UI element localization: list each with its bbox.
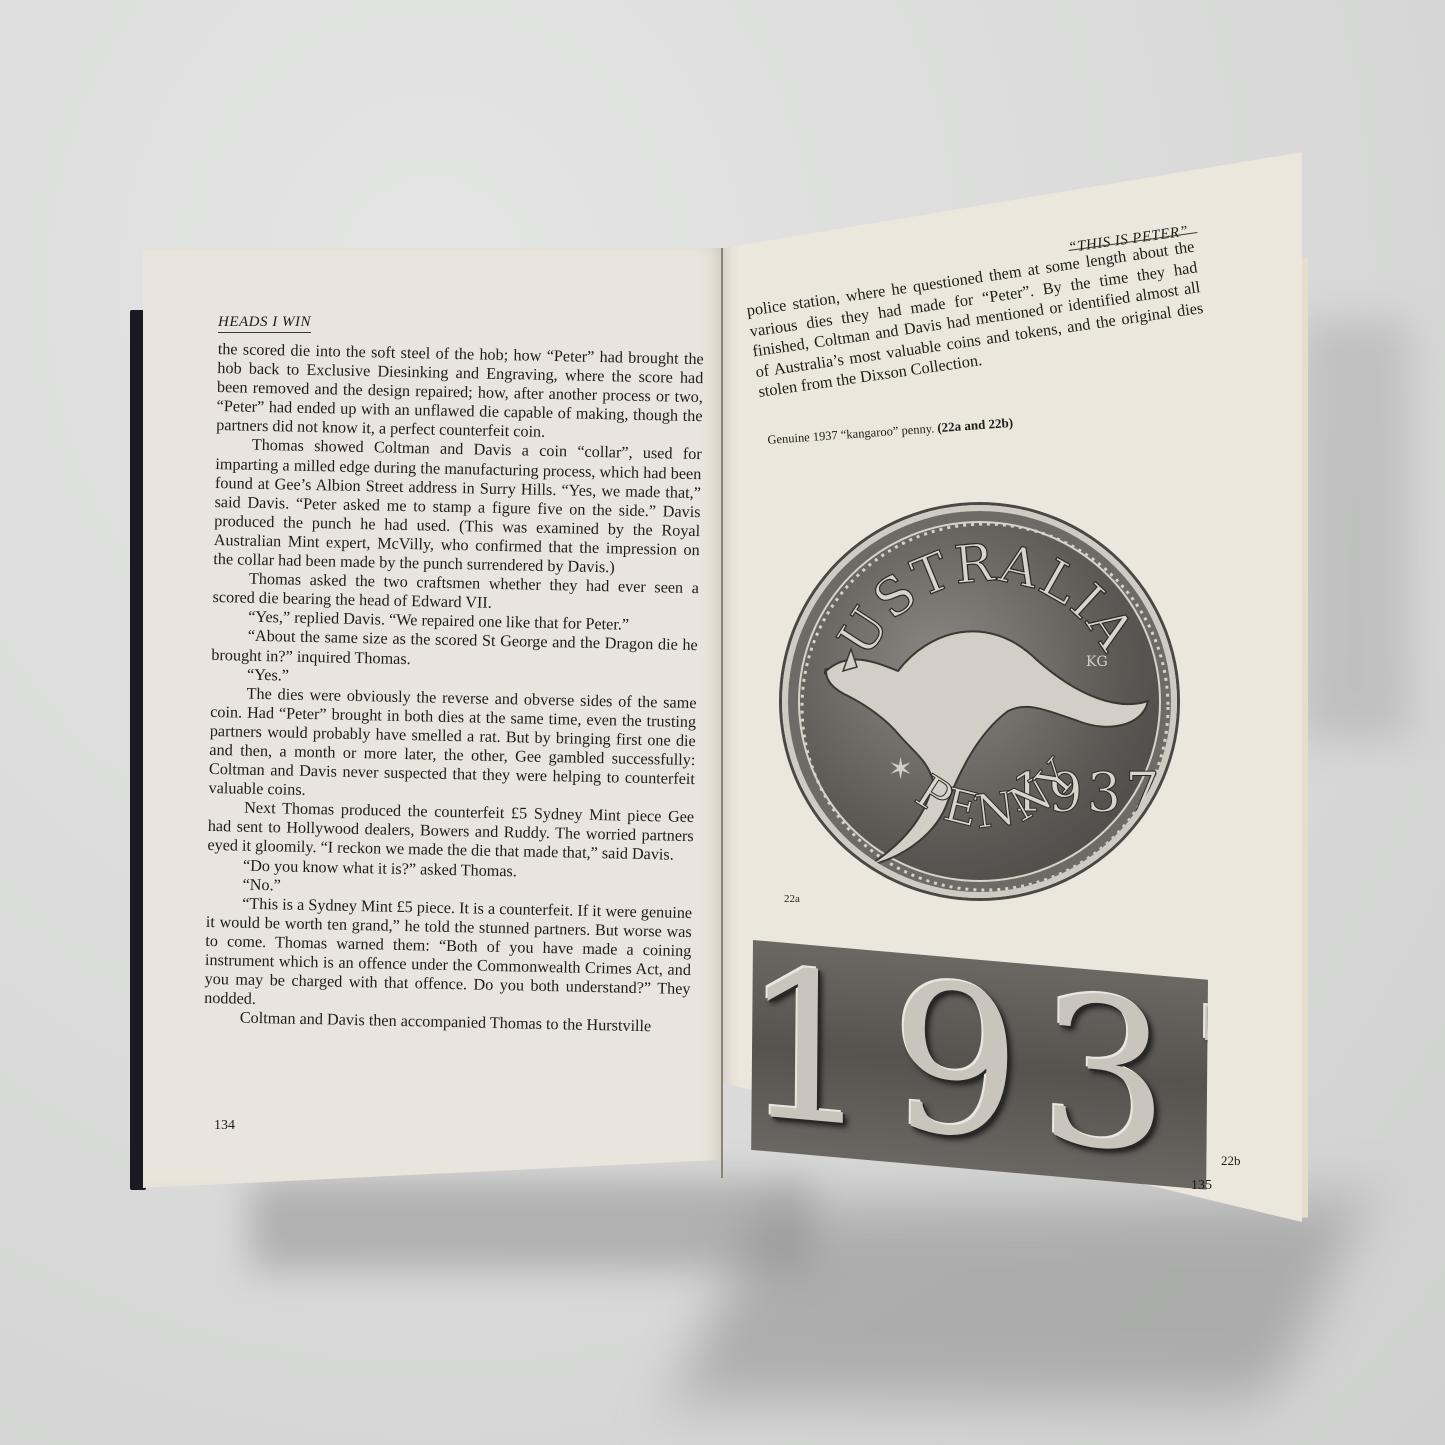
kangaroo-penny-coin: AUSTRALIA ✶ 1937 KG PENNY — [782, 505, 1177, 898]
left-paragraph: the scored die into the soft steel of th… — [216, 340, 704, 446]
date-closeup-figure-22b: 1937 — [751, 940, 1208, 1190]
left-paragraph: Thomas showed Coltman and Davis a coin “… — [213, 435, 702, 579]
coin-illustration: AUSTRALIA ✶ 1937 KG PENNY — [788, 511, 1177, 898]
star-icon: ✶ — [888, 752, 913, 787]
left-paragraph: Next Thomas produced the counterfeit £5 … — [207, 798, 694, 865]
book-gutter — [721, 248, 723, 1178]
left-paragraph: The dies were obviously the reverse and … — [208, 684, 696, 809]
book-shadow-right — [673, 1200, 1366, 1400]
coin-initials: KG — [1086, 654, 1108, 670]
right-page-number: 135 — [1191, 1178, 1212, 1194]
book-shadow-side — [1300, 320, 1410, 740]
figure-label-22b: 22b — [1221, 1153, 1241, 1169]
coin-figure-22a: AUSTRALIA ✶ 1937 KG PENNY — [782, 505, 1177, 898]
left-page-body: the scored die into the soft steel of th… — [204, 340, 704, 1037]
left-paragraph: “This is a Sydney Mint £5 piece. It is a… — [204, 894, 692, 1019]
book-shadow-left — [250, 1180, 810, 1270]
closeup-digits: 1937 — [751, 940, 1208, 1190]
left-running-head: HEADS I WIN — [218, 314, 311, 333]
figure-label-22a: 22a — [784, 893, 800, 905]
left-page-number: 134 — [214, 1118, 235, 1134]
